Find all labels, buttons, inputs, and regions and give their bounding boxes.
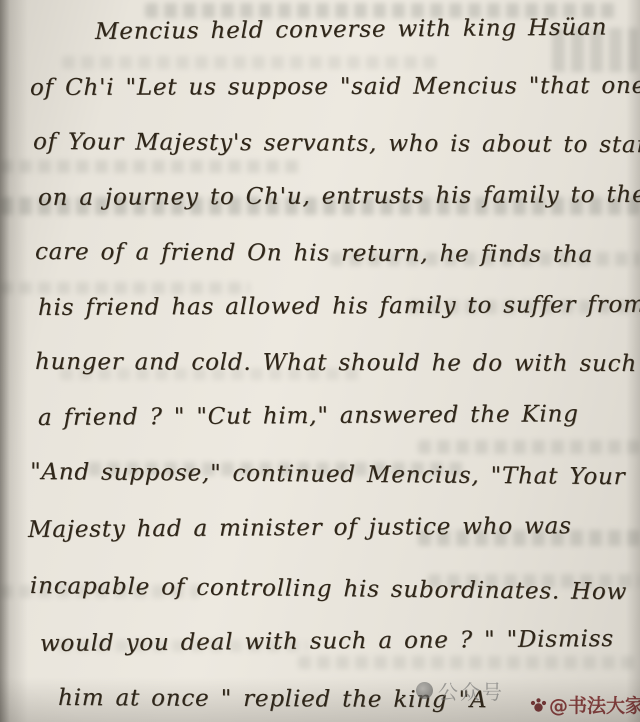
manuscript-line-3: of Your Majesty's servants, who is about… (33, 125, 640, 162)
bleedthrough-band (62, 56, 442, 69)
manuscript-line-9: "And suppose," continued Mencius, "That … (30, 455, 626, 494)
manuscript-line-12: would you deal with such a one ? " "Dism… (40, 622, 614, 661)
wechat-watermark: 公众号 (416, 676, 504, 705)
paw-print-icon (530, 697, 547, 713)
brand-watermark-label: @书法大家园 (549, 691, 640, 718)
brand-watermark: @书法大家园 (530, 691, 640, 718)
manuscript-line-2: of Ch'i "Let us suppose "said Mencius "t… (30, 69, 640, 105)
wechat-logo-icon (416, 682, 433, 699)
bleedthrough-band (0, 160, 300, 173)
manuscript-line-7: hunger and cold. What should he do with … (35, 345, 637, 381)
manuscript-line-5: care of a friend On his return, he finds… (35, 235, 593, 272)
manuscript-photo: Mencius held converse with king Hsüan of… (0, 0, 640, 722)
bleedthrough-band (418, 440, 640, 454)
manuscript-line-10: Majesty had a minister of justice who wa… (28, 509, 572, 547)
manuscript-line-11: incapable of controlling his subordinate… (30, 569, 627, 609)
manuscript-line-8: a friend ? " "Cut him," answered the Kin… (38, 397, 579, 435)
wechat-watermark-label: 公众号 (438, 676, 504, 705)
manuscript-line-1: Mencius held converse with king Hsüan (95, 11, 607, 49)
manuscript-line-4: on a journey to Ch'u, entrusts his famil… (38, 178, 640, 215)
manuscript-line-6: his friend has allowed his family to suf… (38, 288, 640, 325)
